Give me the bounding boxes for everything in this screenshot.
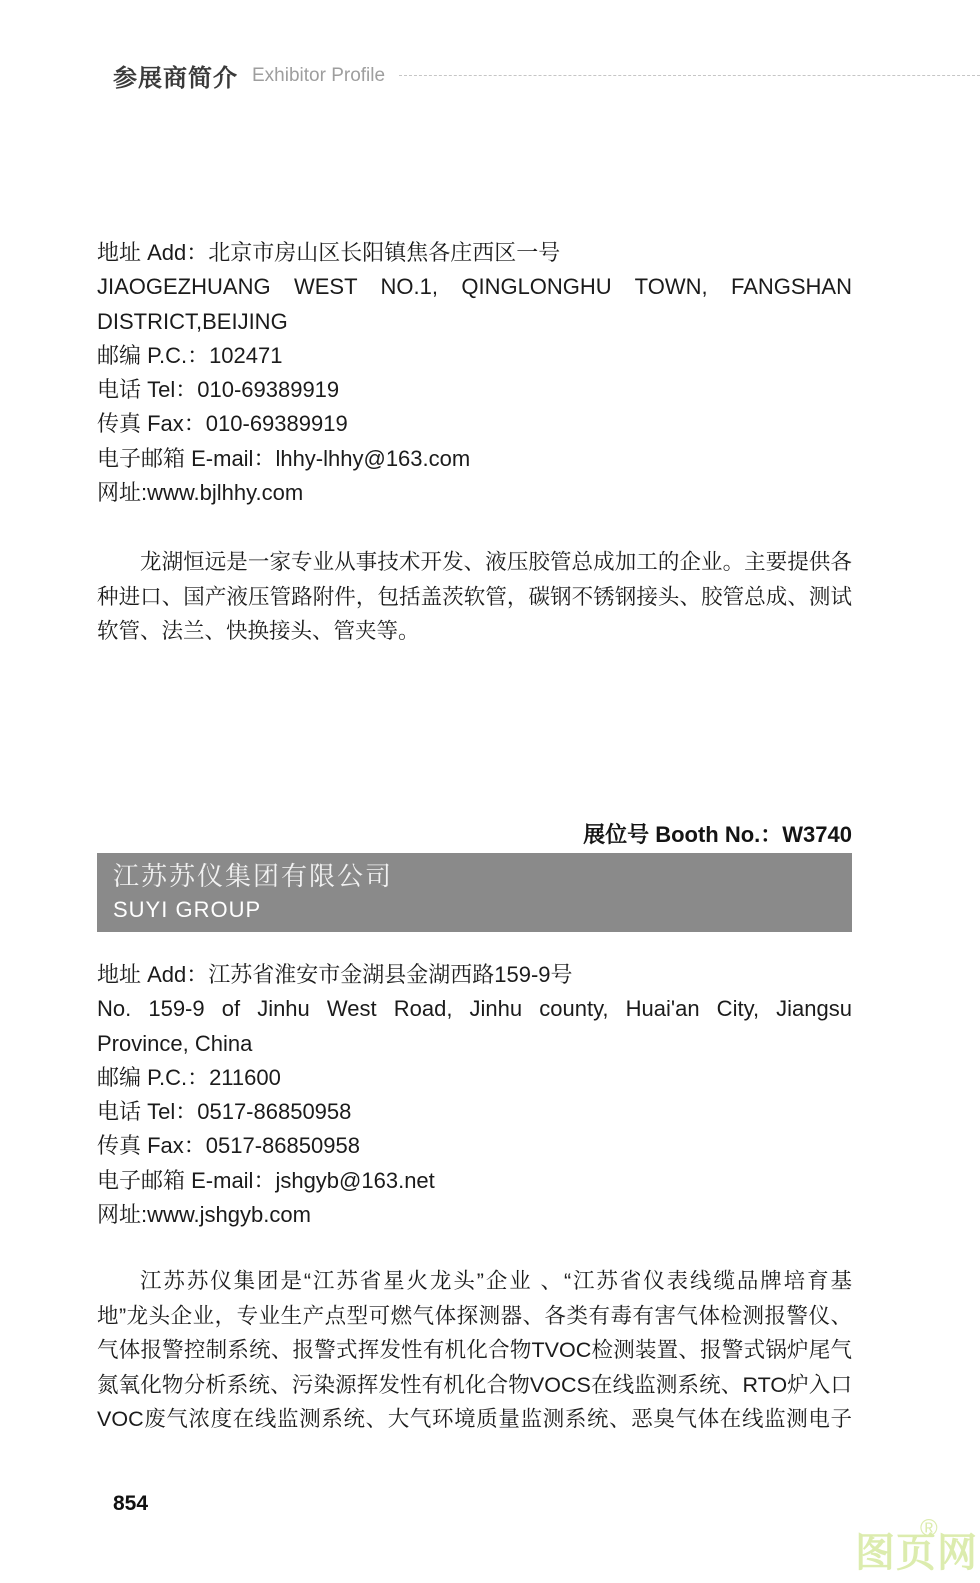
contact-line-postcode: 邮编 P.C.：211600 <box>97 1061 852 1095</box>
contact-line-postcode: 邮编 P.C.：102471 <box>97 339 852 373</box>
header-title-en: Exhibitor Profile <box>252 65 385 87</box>
exhibitor-main-contact-block: 地址 Add：江苏省淮安市金湖县金湖西路159-9号 No. 159-9 of … <box>97 958 852 1232</box>
profile-line: 软管、法兰、快换接头、管夹等。 <box>97 614 852 649</box>
booth-number: 展位号 Booth No.：W3740 <box>97 818 852 849</box>
contact-line-tel: 电话 Tel：0517-86850958 <box>97 1095 852 1129</box>
company-name-banner: 江苏苏仪集团有限公司 SUYI GROUP <box>97 853 852 932</box>
exhibitor-top-contact-block: 地址 Add：北京市房山区长阳镇焦各庄西区一号 JIAOGEZHUANG WES… <box>97 236 852 510</box>
profile-line: 气体报警控制系统、报警式挥发性有机化合物TVOC检测装置、报警式锅炉尾气 <box>97 1333 852 1368</box>
contact-line-fax: 传真 Fax：010-69389919 <box>97 407 852 441</box>
contact-line-email: 电子邮箱 E-mail：jshgyb@163.net <box>97 1164 852 1198</box>
contact-line-address-zh: 地址 Add：北京市房山区长阳镇焦各庄西区一号 <box>97 236 852 270</box>
watermark-logo: ® 图页网 <box>855 1533 978 1573</box>
directory-page: 参展商简介 Exhibitor Profile 地址 Add：北京市房山区长阳镇… <box>0 0 980 1583</box>
company-name-zh: 江苏苏仪集团有限公司 <box>113 858 852 895</box>
contact-line-website: 网址:www.bjlhhy.com <box>97 476 852 510</box>
profile-line: 江苏苏仪集团是“江苏省星火龙头”企业 、“江苏省仪表线缆品牌培育基 <box>97 1264 852 1299</box>
page-header: 参展商简介 Exhibitor Profile <box>113 58 980 93</box>
profile-line: VOC废气浓度在线监测系统、大气环境质量监测系统、恶臭气体在线监测电子 <box>97 1402 852 1437</box>
profile-line: 地”龙头企业，专业生产点型可燃气体探测器、各类有毒有害气体检测报警仪、 <box>97 1299 852 1334</box>
exhibitor-main-profile-paragraph: 江苏苏仪集团是“江苏省星火龙头”企业 、“江苏省仪表线缆品牌培育基 地”龙头企业… <box>97 1264 852 1437</box>
exhibitor-top-profile-paragraph: 龙湖恒远是一家专业从事技术开发、液压胶管总成加工的企业。主要提供各 种进口、国产… <box>97 545 852 649</box>
contact-line-address-zh: 地址 Add：江苏省淮安市金湖县金湖西路159-9号 <box>97 958 852 992</box>
contact-line-address-en-2: Province, China <box>97 1027 852 1061</box>
contact-line-address-en-1: No. 159-9 of Jinhu West Road, Jinhu coun… <box>97 992 852 1026</box>
header-dotted-rule <box>399 75 980 76</box>
profile-line: 氮氧化物分析系统、污染源挥发性有机化合物VOCS在线监测系统、RTO炉入口 <box>97 1368 852 1403</box>
profile-line: 种进口、国产液压管路附件，包括盖茨软管，碳钢不锈钢接头、胶管总成、测试 <box>97 580 852 615</box>
contact-line-website: 网址:www.jshgyb.com <box>97 1198 852 1232</box>
contact-line-address-en-1: JIAOGEZHUANG WEST NO.1, QINGLONGHU TOWN,… <box>97 270 852 304</box>
contact-line-email: 电子邮箱 E-mail：lhhy-lhhy@163.com <box>97 442 852 476</box>
header-title-zh: 参展商简介 <box>113 58 238 93</box>
company-name-en: SUYI GROUP <box>113 895 852 925</box>
page-number: 854 <box>113 1492 148 1516</box>
profile-line: 龙湖恒远是一家专业从事技术开发、液压胶管总成加工的企业。主要提供各 <box>97 545 852 580</box>
contact-line-address-en-2: DISTRICT,BEIJING <box>97 305 852 339</box>
watermark-text: 图页网 <box>855 1531 978 1575</box>
contact-line-tel: 电话 Tel：010-69389919 <box>97 373 852 407</box>
contact-line-fax: 传真 Fax：0517-86850958 <box>97 1129 852 1163</box>
